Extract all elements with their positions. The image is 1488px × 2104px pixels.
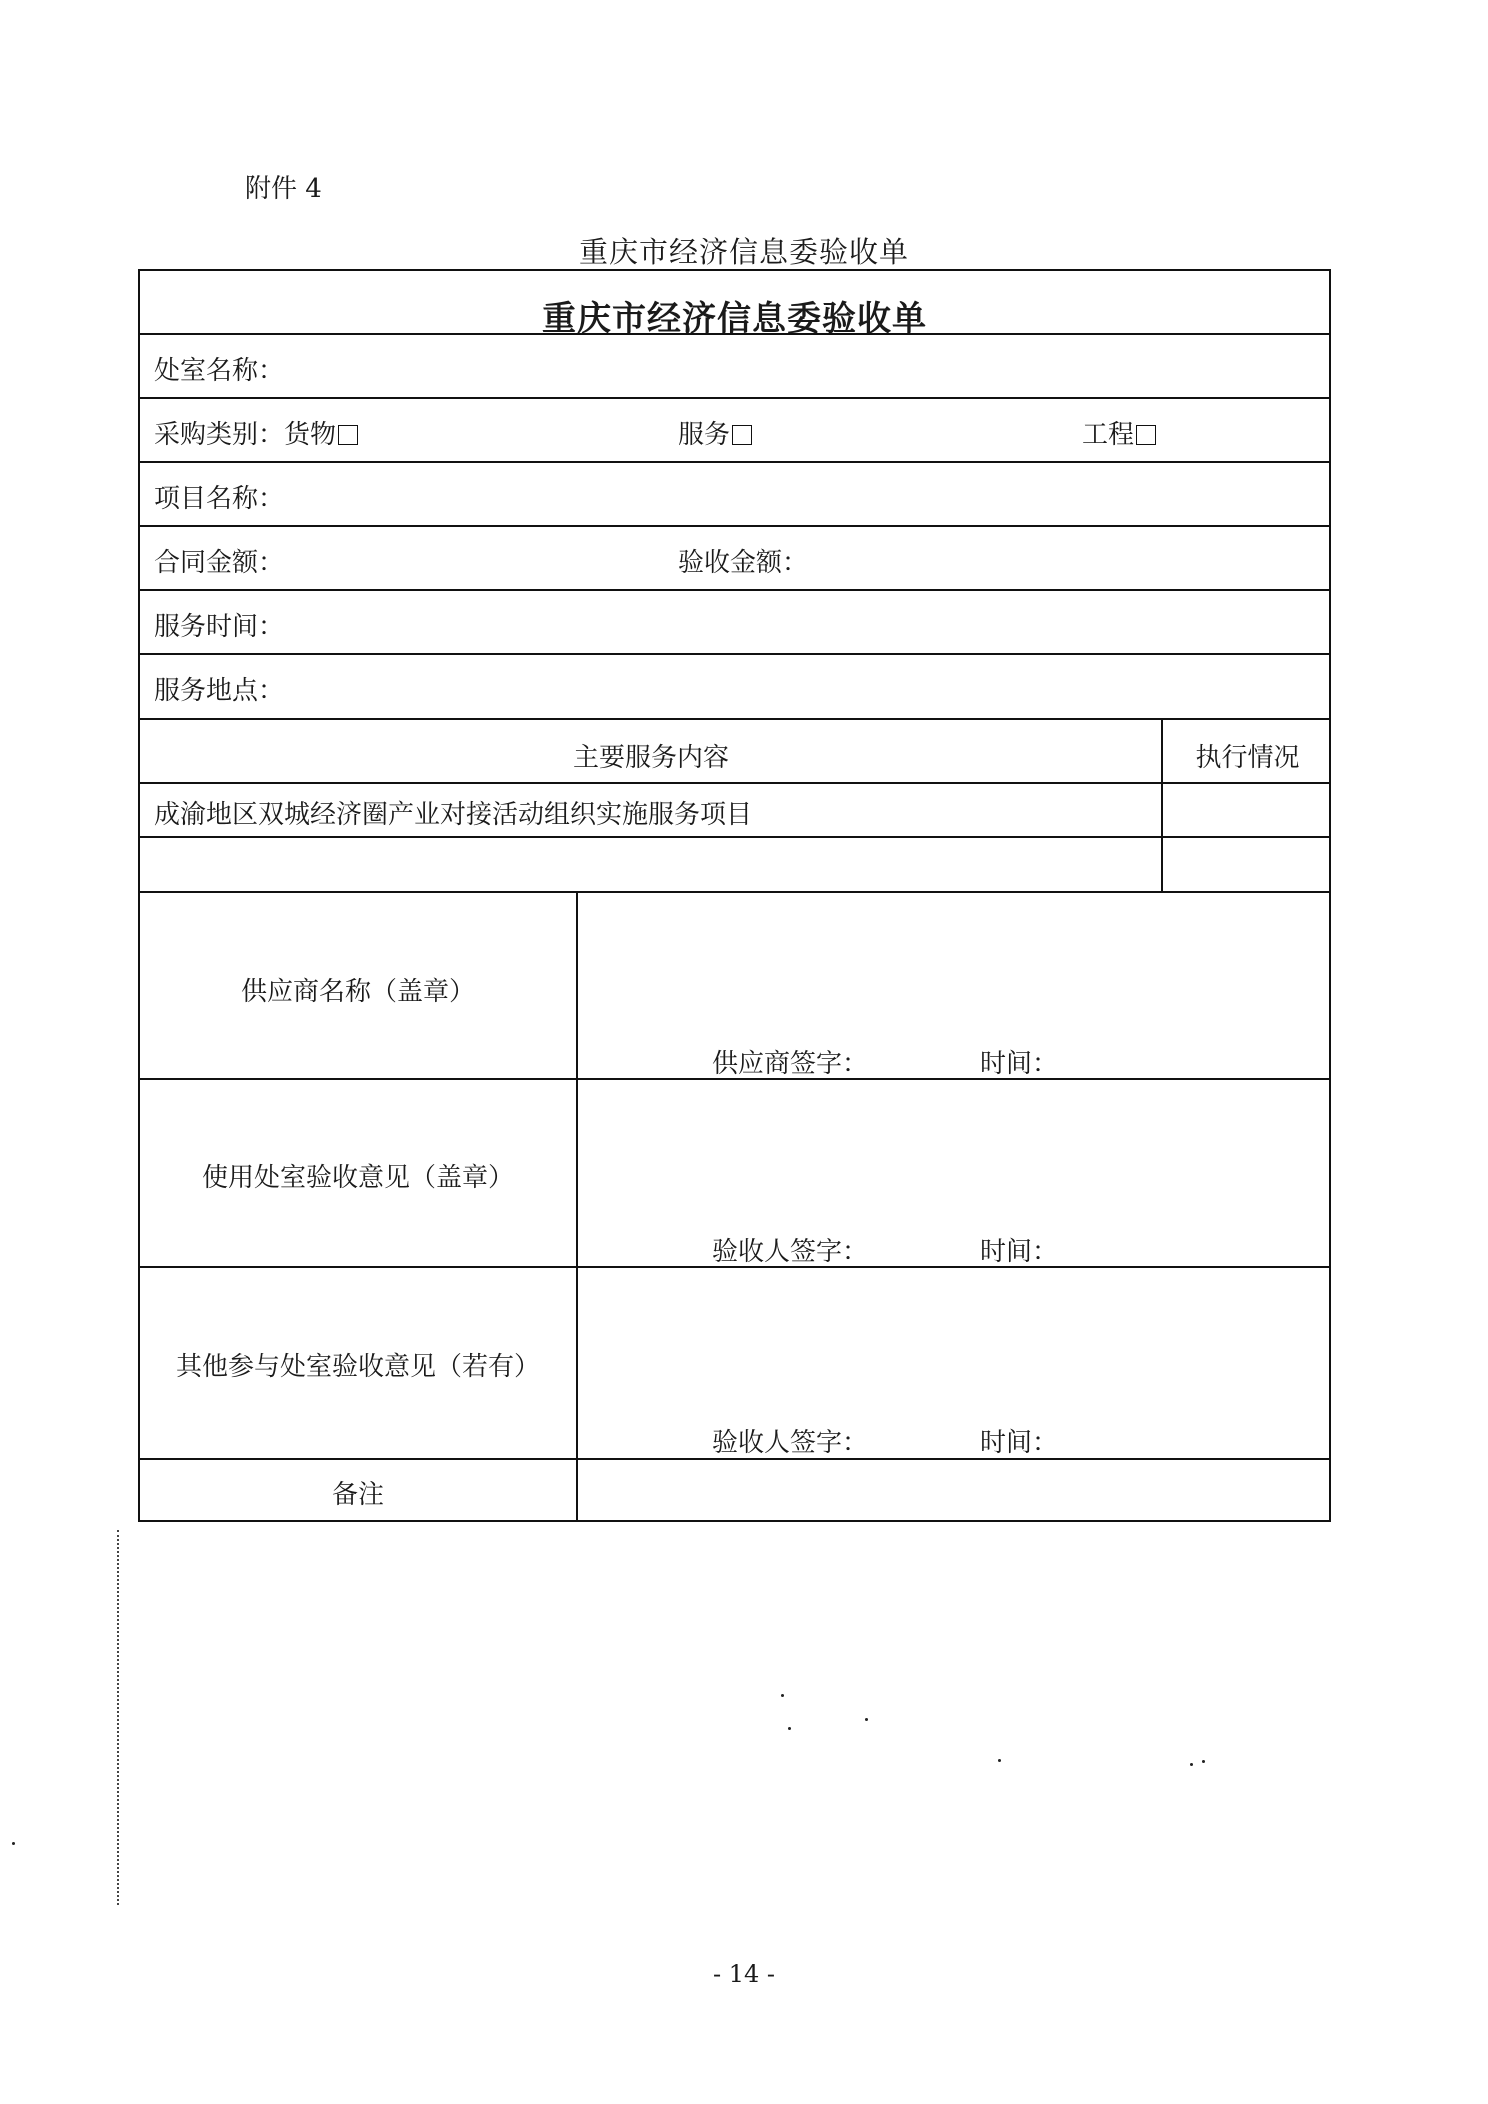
divider [140,397,1329,399]
option-goods-label: 货物 [284,420,336,450]
column-divider [1161,718,1163,893]
other-office-opinion-label: 其他参与处室验收意见（若有） [140,1346,576,1383]
acceptor-time-label: 时间： [980,1231,1058,1268]
divider [140,653,1329,655]
other-office-opinion-area[interactable] [578,1268,1331,1408]
scan-speck [781,1694,784,1697]
engineering-checkbox[interactable] [1136,425,1156,445]
supplier-time-label: 时间： [980,1043,1058,1080]
service-checkbox[interactable] [732,425,752,445]
divider [140,589,1329,591]
other-acceptor-time-label: 时间： [980,1422,1058,1459]
scan-speck [998,1759,1001,1762]
office-name-label: 处室名称： [154,350,284,387]
service-location-label: 服务地点： [154,670,284,707]
divider [140,718,1329,720]
divider [140,461,1329,463]
scan-speck [788,1727,791,1730]
supplier-signature-area[interactable] [578,893,1331,1033]
acceptance-form-table: 重庆市经济信息委验收单 处室名称： 采购类别：货物 服务 工程 项目名称： 合同… [138,269,1331,1522]
execution-status-header: 执行情况 [1164,737,1331,774]
scan-speck [1190,1763,1193,1766]
service-time-label: 服务时间： [154,606,284,643]
option-service-label: 服务 [678,420,730,450]
scan-speck [12,1842,15,1845]
project-name-label: 项目名称： [154,478,284,515]
page-number: - 14 - [0,1960,1488,1988]
remarks-field[interactable] [578,1460,1331,1520]
divider [140,836,1329,838]
scan-speck [1202,1760,1205,1763]
acceptor-sign-label: 验收人签字： [712,1231,868,1268]
procurement-option-service: 服务 [678,414,752,451]
remarks-label: 备注 [140,1474,576,1511]
divider [140,333,1329,335]
option-engineering-label: 工程 [1082,420,1134,450]
attachment-label: 附件 4 [245,168,322,205]
supplier-name-label: 供应商名称（盖章） [140,971,576,1008]
procurement-type-field: 采购类别：货物 [154,414,358,451]
scan-speck [865,1718,868,1721]
divider [140,782,1329,784]
office-opinion-area[interactable] [578,1080,1331,1220]
procurement-type-label: 采购类别： [154,420,284,450]
office-acceptance-opinion-label: 使用处室验收意见（盖章） [140,1157,576,1194]
service-item: 成渝地区双城经济圈产业对接活动组织实施服务项目 [154,794,752,831]
divider [140,525,1329,527]
supplier-sign-label: 供应商签字： [712,1043,868,1080]
binding-margin-line [117,1530,119,1905]
main-services-header: 主要服务内容 [140,737,1162,774]
goods-checkbox[interactable] [338,425,358,445]
acceptance-amount-label: 验收金额： [678,542,808,579]
procurement-option-engineering: 工程 [1082,414,1156,451]
other-acceptor-sign-label: 验收人签字： [712,1422,868,1459]
contract-amount-label: 合同金额： [154,542,284,579]
document-subtitle: 重庆市经济信息委验收单 [0,230,1488,271]
